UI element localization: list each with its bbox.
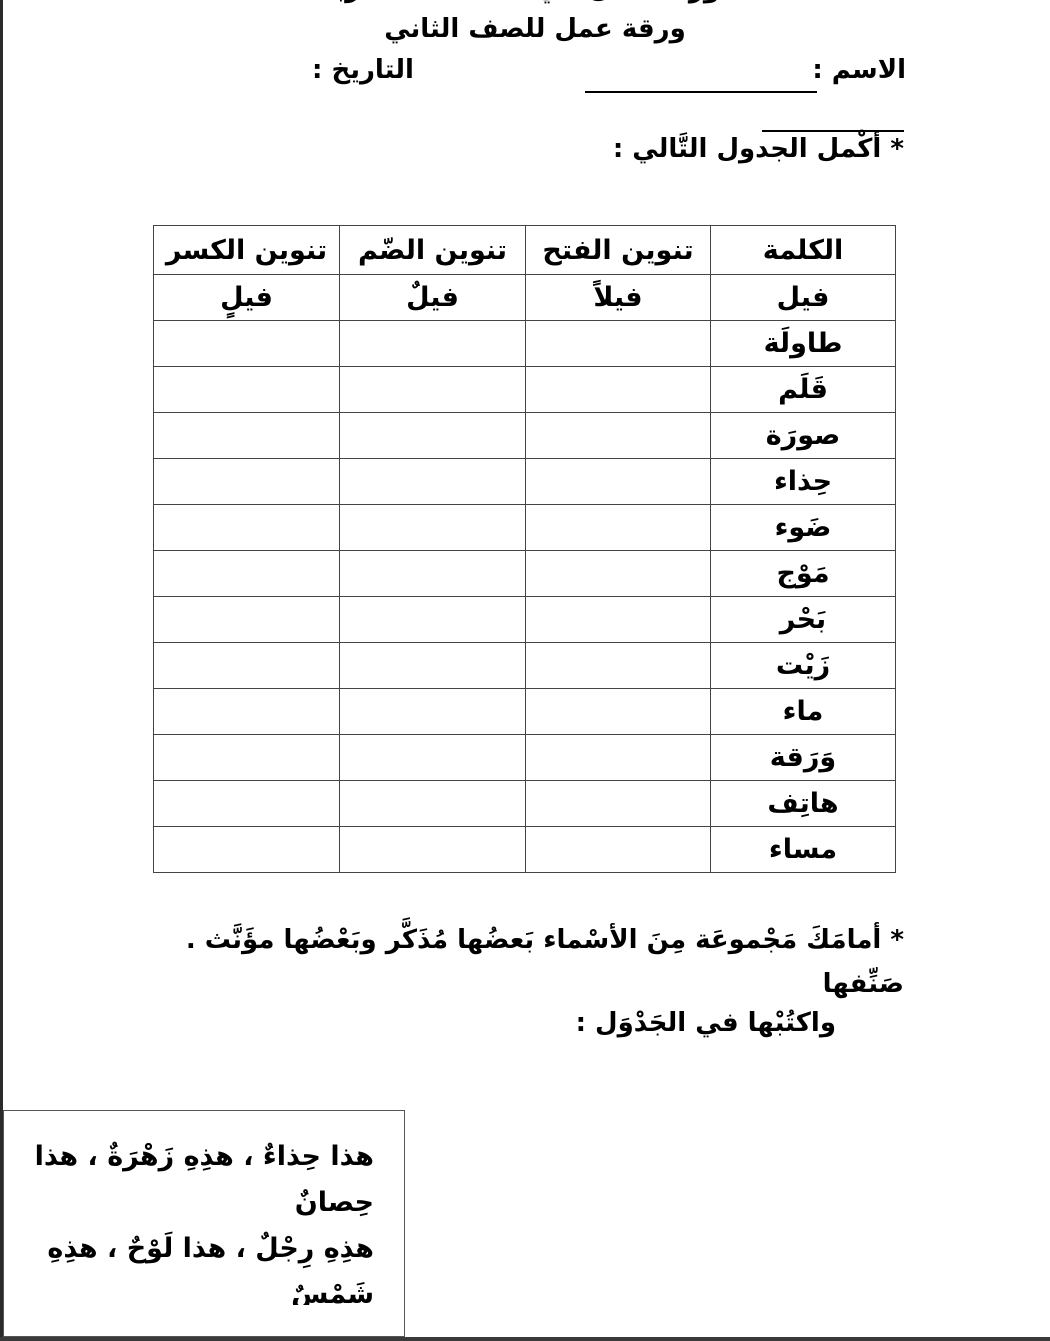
answer-kasra-cell[interactable]: [154, 689, 340, 735]
worksheet-title-cut: ورقة عمل في مادة اللغة العربية: [340, 0, 720, 4]
answer-kasra-cell[interactable]: [154, 781, 340, 827]
table-header-row: الكلمة تنوين الفتح تنوين الضّم تنوين الك…: [154, 226, 896, 275]
worksheet-subtitle: ورقة عمل للصف الثاني: [360, 14, 710, 44]
name-input-line[interactable]: [585, 91, 817, 93]
word-cell: مساء: [711, 827, 896, 873]
decorative-rule: [762, 130, 904, 132]
header-kasra: تنوين الكسر: [154, 226, 340, 275]
answer-fatha-cell[interactable]: [526, 413, 711, 459]
answer-kasra-cell[interactable]: [154, 827, 340, 873]
answer-damma-cell[interactable]: [340, 643, 526, 689]
example-damma: فيلٌ: [340, 275, 526, 321]
word-cell: ماء: [711, 689, 896, 735]
answer-kasra-cell[interactable]: [154, 735, 340, 781]
answer-damma-cell[interactable]: [340, 597, 526, 643]
table-row: زَيْت: [154, 643, 896, 689]
answer-damma-cell[interactable]: [340, 551, 526, 597]
word-cell: مَوْج: [711, 551, 896, 597]
word-cell: هاتِف: [711, 781, 896, 827]
word-cell: زَيْت: [711, 643, 896, 689]
answer-kasra-cell[interactable]: [154, 321, 340, 367]
table-row: هاتِف: [154, 781, 896, 827]
answer-damma-cell[interactable]: [340, 505, 526, 551]
table-row: طاولَة: [154, 321, 896, 367]
tanween-table: الكلمة تنوين الفتح تنوين الضّم تنوين الك…: [153, 225, 896, 873]
table-row: قَلَم: [154, 367, 896, 413]
answer-damma-cell[interactable]: [340, 459, 526, 505]
exercise2-instruction-line2: واكتُبْها في الجَدْوَل :: [576, 1008, 836, 1038]
table-row: حِذاء: [154, 459, 896, 505]
nouns-line-1: هذا حِذاءٌ ، هذِهِ زَهْرَةٌ ، هذا: [35, 1133, 374, 1181]
page-bottom-border: [0, 1337, 1050, 1341]
word-cell: وَرَقة: [711, 735, 896, 781]
word-cell: بَحْر: [711, 597, 896, 643]
answer-damma-cell[interactable]: [340, 367, 526, 413]
answer-kasra-cell[interactable]: [154, 367, 340, 413]
answer-fatha-cell[interactable]: [526, 643, 711, 689]
exercise1-instruction: * أكْمل الجدول التَّالي :: [613, 134, 904, 164]
answer-fatha-cell[interactable]: [526, 459, 711, 505]
example-kasra: فيلٍ: [154, 275, 340, 321]
exercise2-instruction: * أمامَكَ مَجْموعَة مِنَ الأسْماء بَعضُه…: [184, 918, 904, 1006]
answer-fatha-cell[interactable]: [526, 551, 711, 597]
answer-kasra-cell[interactable]: [154, 413, 340, 459]
header-fatha: تنوين الفتح: [526, 226, 711, 275]
date-label: التاريخ :: [312, 55, 414, 85]
table-row: ماء: [154, 689, 896, 735]
answer-damma-cell[interactable]: [340, 781, 526, 827]
answer-kasra-cell[interactable]: [154, 597, 340, 643]
answer-damma-cell[interactable]: [340, 689, 526, 735]
answer-kasra-cell[interactable]: [154, 505, 340, 551]
word-cell: صورَة: [711, 413, 896, 459]
header-word: الكلمة: [711, 226, 896, 275]
example-word: فيل: [711, 275, 896, 321]
table-row: ضَوء: [154, 505, 896, 551]
name-label: الاسم :: [812, 55, 906, 85]
word-cell: قَلَم: [711, 367, 896, 413]
answer-kasra-cell[interactable]: [154, 551, 340, 597]
example-fatha: فيلاً: [526, 275, 711, 321]
table-row: مساء: [154, 827, 896, 873]
answer-fatha-cell[interactable]: [526, 781, 711, 827]
answer-fatha-cell[interactable]: [526, 689, 711, 735]
nouns-line-3: هذِهِ رِجْلٌ ، هذا لَوْحٌ ، هذِهِ: [47, 1225, 374, 1273]
table-row: بَحْر: [154, 597, 896, 643]
example-row: فيل فيلاً فيلٌ فيلٍ: [154, 275, 896, 321]
answer-damma-cell[interactable]: [340, 735, 526, 781]
answer-fatha-cell[interactable]: [526, 367, 711, 413]
nouns-box: هذا حِذاءٌ ، هذِهِ زَهْرَةٌ ، هذا حِصانٌ…: [3, 1110, 405, 1337]
word-cell: طاولَة: [711, 321, 896, 367]
answer-damma-cell[interactable]: [340, 321, 526, 367]
answer-fatha-cell[interactable]: [526, 321, 711, 367]
answer-fatha-cell[interactable]: [526, 827, 711, 873]
table-row: صورَة: [154, 413, 896, 459]
header-damma: تنوين الضّم: [340, 226, 526, 275]
answer-fatha-cell[interactable]: [526, 597, 711, 643]
answer-damma-cell[interactable]: [340, 827, 526, 873]
table-row: وَرَقة: [154, 735, 896, 781]
answer-kasra-cell[interactable]: [154, 459, 340, 505]
answer-fatha-cell[interactable]: [526, 735, 711, 781]
answer-damma-cell[interactable]: [340, 413, 526, 459]
answer-kasra-cell[interactable]: [154, 643, 340, 689]
answer-fatha-cell[interactable]: [526, 505, 711, 551]
word-cell: ضَوء: [711, 505, 896, 551]
table-row: مَوْج: [154, 551, 896, 597]
nouns-line-2: حِصانٌ: [295, 1179, 374, 1227]
word-cell: حِذاء: [711, 459, 896, 505]
nouns-line-4: شَمْسٌ: [291, 1271, 374, 1305]
